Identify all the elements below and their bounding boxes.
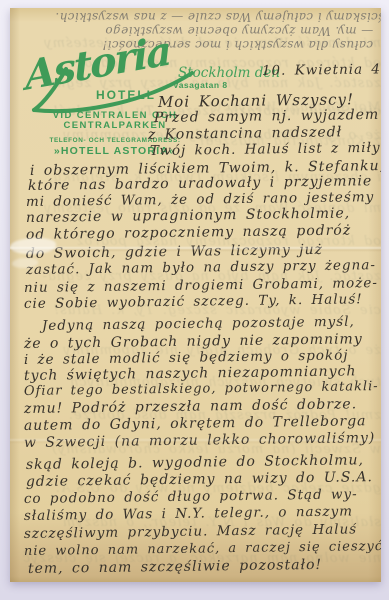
handwriting-line: od którego rozpoczniemy naszą podróż bbox=[26, 222, 351, 243]
handwriting-line: Jedyną naszą pociechą pozostaje myśl, bbox=[42, 314, 355, 334]
handwriting-line: nie wolno nam narzekać, a raczej się cie… bbox=[24, 539, 381, 559]
hotel-logo-subtitle: HOTELL bbox=[96, 88, 156, 102]
dateline-handwritten: 10. Kwietnia 46. bbox=[262, 61, 381, 79]
handwriting-line: słaliśmy do Was i N.Y. telegr., o naszym bbox=[24, 503, 353, 524]
letterhead-street: Vasagatan 8 bbox=[173, 80, 228, 90]
handwriting-line: cie Sobie wyobrazić szczeg. Ty, k. Haluś… bbox=[24, 291, 363, 312]
handwriting-line: Przed samym nj. wyjazdem bbox=[154, 107, 380, 126]
handwriting-line: szczęśliwym przybyciu. Masz rację Haluś bbox=[24, 521, 357, 542]
letter-sheet: Moi Kochani Wszyscy!z Konstancina nadsze… bbox=[10, 8, 381, 582]
inverted-pencil-line: ściskamy i całujemy Was czule — z nas ws… bbox=[55, 10, 381, 24]
handwriting-line: tem, co nam szczęśliwie pozostało! bbox=[28, 557, 322, 577]
hotel-logo: Astoria bbox=[24, 31, 171, 97]
handwriting-line: Twój koch. Haluś list z miłym bbox=[150, 140, 381, 159]
